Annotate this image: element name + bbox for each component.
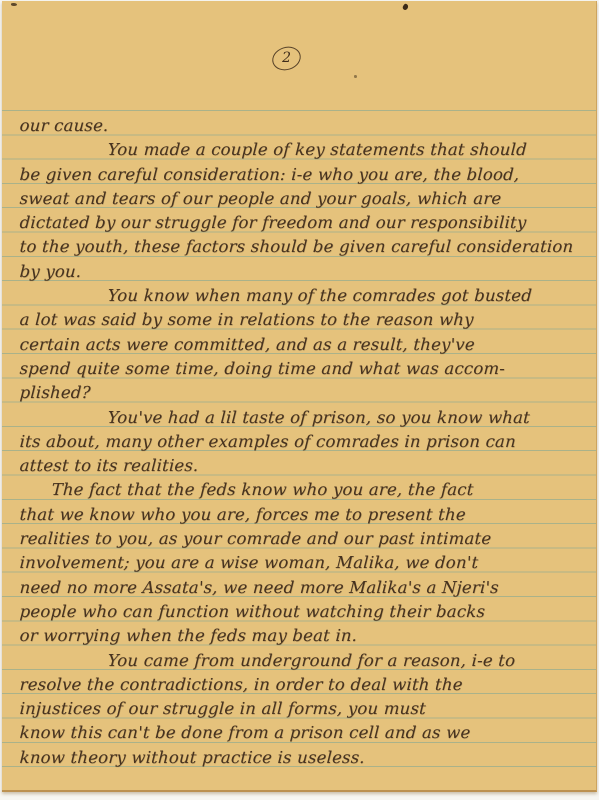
- letter-line: to the youth, these factors should be gi…: [19, 235, 590, 259]
- letter-line: people who can function without watching…: [19, 600, 590, 624]
- letter-body: our cause.You made a couple of key state…: [19, 114, 589, 770]
- letter-line: dictated by our struggle for freedom and…: [19, 211, 590, 235]
- letter-line: be given careful consideration: i-e who …: [19, 163, 590, 187]
- letter-line: You know when many of the comrades got b…: [19, 284, 590, 308]
- ink-speck: [354, 75, 357, 78]
- ink-speck: [11, 3, 17, 6]
- letter-line: our cause.: [19, 114, 590, 138]
- letter-line: You made a couple of key statements that…: [19, 138, 590, 162]
- letter-line: The fact that the feds know who you are,…: [19, 478, 590, 502]
- letter-line: You've had a lil taste of prison, so you…: [19, 406, 590, 430]
- paper-sheet: 2 our cause.You made a couple of key sta…: [2, 1, 597, 792]
- letter-line: You came from underground for a reason, …: [19, 649, 590, 673]
- letter-line: plished?: [19, 381, 590, 405]
- letter-line: know theory without practice is useless.: [19, 746, 590, 770]
- letter-line: resolve the contradictions, in order to …: [19, 673, 590, 697]
- letter-line: sweat and tears of our people and your g…: [19, 187, 590, 211]
- letter-line: know this can't be done from a prison ce…: [19, 721, 590, 745]
- page-number-circle: 2: [269, 43, 304, 74]
- letter-line: attest to its realities.: [19, 454, 590, 478]
- letter-line: or worrying when the feds may beat in.: [19, 624, 590, 648]
- letter-line: a lot was said by some in relations to t…: [19, 308, 590, 332]
- letter-line: its about, many other examples of comrad…: [19, 430, 590, 454]
- letter-line: by you.: [19, 260, 590, 284]
- scanned-letter-page: 2 our cause.You made a couple of key sta…: [0, 0, 599, 800]
- letter-line: need no more Assata's, we need more Mali…: [19, 576, 590, 600]
- letter-line: realities to you, as your comrade and ou…: [19, 527, 590, 551]
- page-number: 2: [282, 50, 291, 66]
- ink-speck: [402, 3, 410, 11]
- letter-line: injustices of our struggle in all forms,…: [19, 697, 590, 721]
- letter-line: that we know who you are, forces me to p…: [19, 503, 590, 527]
- letter-line: involvement; you are a wise woman, Malik…: [19, 551, 590, 575]
- letter-line: certain acts were committed, and as a re…: [19, 333, 590, 357]
- letter-line: spend quite some time, doing time and wh…: [19, 357, 590, 381]
